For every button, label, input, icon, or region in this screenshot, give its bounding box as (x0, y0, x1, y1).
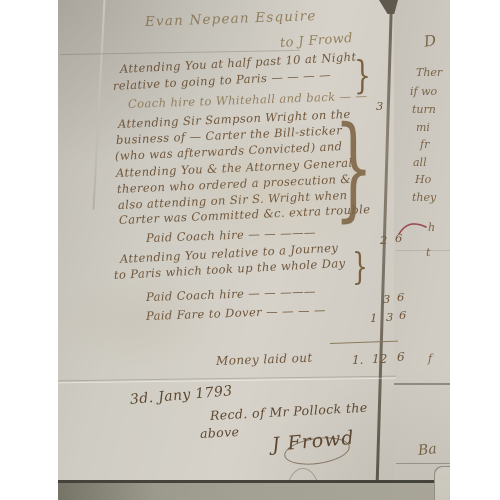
right-fragment: t (426, 246, 430, 259)
right-fragment: mi (416, 121, 430, 134)
right-sheet-edge-2 (396, 463, 450, 464)
brace-mark: } (352, 250, 368, 286)
amount-pounds: 1 (370, 311, 377, 325)
amount-shillings: 2 (380, 233, 387, 247)
right-fragment: h (428, 221, 435, 234)
right-fragment: all (413, 156, 427, 169)
right-fragment: if wo (410, 85, 437, 98)
total-pence: 6 (397, 350, 405, 364)
total-label: Money laid out (216, 352, 313, 367)
right-fragment: they (412, 191, 436, 204)
amount-shillings: 3 (383, 292, 390, 306)
amount-shillings: 3 (376, 99, 383, 113)
amount-pence: 6 (397, 290, 404, 304)
total-pounds: 1. (352, 353, 363, 367)
red-check-mark (398, 220, 428, 238)
document-photo: Evan Nepean Esquire to J Frowd Attending… (58, 0, 450, 500)
brace-mark-large: } (334, 112, 373, 224)
right-fragment: turn (412, 103, 436, 116)
bottom-right-paper-corner (434, 466, 450, 500)
total-shillings: 12 (372, 352, 387, 366)
right-fragment: f (428, 352, 432, 365)
amount-pence: 6 (399, 308, 406, 322)
right-fragment: Ther (416, 66, 442, 79)
amount-shillings: 3 (386, 310, 393, 324)
right-sheet-edge-1 (394, 383, 450, 385)
right-fragment: Ho (415, 173, 431, 186)
right-fragment: Ba (417, 441, 437, 459)
right-fragment: D (423, 31, 437, 50)
right-sheet-crease-1 (396, 250, 450, 251)
right-fragment: fr (420, 138, 429, 151)
under-sheet-strip (58, 483, 450, 500)
receipt-line-2: above (200, 426, 240, 441)
